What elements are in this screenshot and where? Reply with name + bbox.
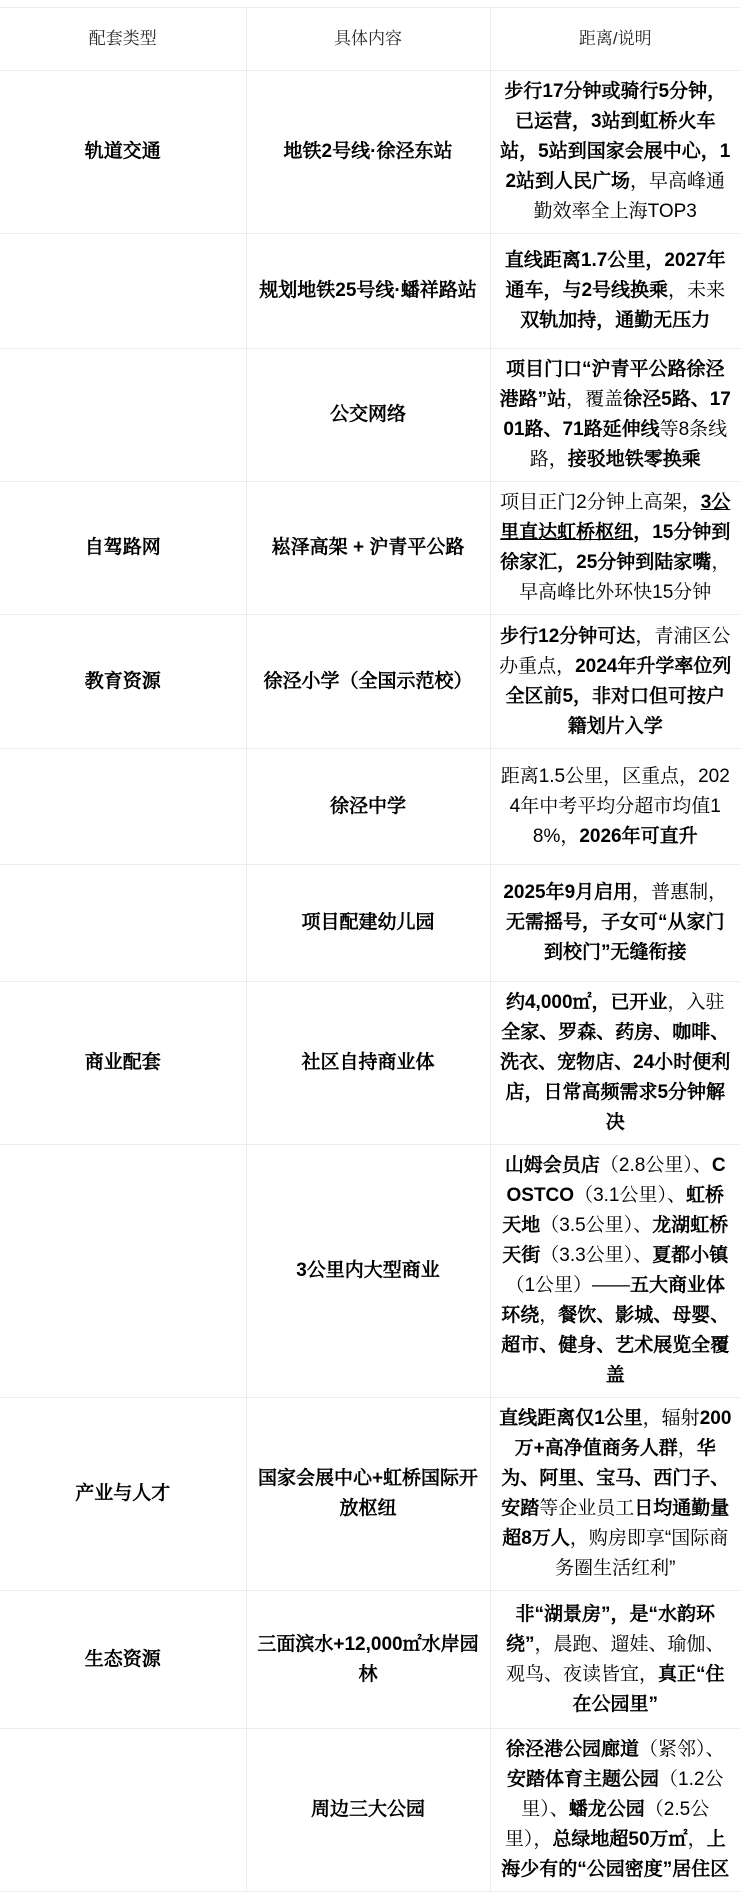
content-cell: 国家会展中心+虹桥国际开放枢纽 <box>246 1398 490 1591</box>
category-cell <box>0 1145 246 1398</box>
table-row: 3公里内大型商业 山姆会员店（2.8公里）、COSTCO（3.1公里）、虹桥天地… <box>0 1145 740 1398</box>
header-content: 具体内容 <box>246 8 490 71</box>
desc-cell: 项目门口“沪青平公路徐泾港路”站，覆盖徐泾5路、1701路、71路延伸线等8条线… <box>490 349 740 482</box>
desc-cell: 约4,000㎡，已开业，入驻全家、罗森、药房、咖啡、洗衣、宠物店、24小时便利店… <box>490 982 740 1145</box>
desc-cell: 徐泾港公园廊道（紧邻）、安踏体育主题公园（1.2公里）、蟠龙公园（2.5公里），… <box>490 1729 740 1892</box>
desc-cell: 距离1.5公里，区重点，2024年中考平均分超市均值18%，2026年可直升 <box>490 749 740 865</box>
category-cell <box>0 865 246 982</box>
table-row: 产业与人才 国家会展中心+虹桥国际开放枢纽 直线距离仅1公里，辐射200万+高净… <box>0 1398 740 1591</box>
table-row: 轨道交通 地铁2号线·徐泾东站 步行17分钟或骑行5分钟，已运营，3站到虹桥火车… <box>0 71 740 234</box>
category-cell <box>0 749 246 865</box>
table-row: 徐泾中学 距离1.5公里，区重点，2024年中考平均分超市均值18%，2026年… <box>0 749 740 865</box>
content-cell: 崧泽高架 + 沪青平公路 <box>246 482 490 615</box>
category-cell: 自驾路网 <box>0 482 246 615</box>
header-row: 配套类型 具体内容 距离/说明 <box>0 8 740 71</box>
table-body: 轨道交通 地铁2号线·徐泾东站 步行17分钟或骑行5分钟，已运营，3站到虹桥火车… <box>0 71 740 1892</box>
category-cell <box>0 349 246 482</box>
content-cell: 3公里内大型商业 <box>246 1145 490 1398</box>
content-cell: 周边三大公园 <box>246 1729 490 1892</box>
table-row: 自驾路网 崧泽高架 + 沪青平公路 项目正门2分钟上高架，3公里直达虹桥枢纽，1… <box>0 482 740 615</box>
table-row: 公交网络 项目门口“沪青平公路徐泾港路”站，覆盖徐泾5路、1701路、71路延伸… <box>0 349 740 482</box>
table-row: 项目配建幼儿园 2025年9月启用，普惠制，无需摇号，子女可“从家门到校门”无缝… <box>0 865 740 982</box>
desc-cell: 非“湖景房”，是“水韵环绕”，晨跑、遛娃、瑜伽、观鸟、夜读皆宜，真正“住在公园里… <box>490 1591 740 1729</box>
content-cell: 社区自持商业体 <box>246 982 490 1145</box>
desc-cell: 项目正门2分钟上高架，3公里直达虹桥枢纽，15分钟到徐家汇，25分钟到陆家嘴，早… <box>490 482 740 615</box>
amenities-table: 配套类型 具体内容 距离/说明 轨道交通 地铁2号线·徐泾东站 步行17分钟或骑… <box>0 7 740 1892</box>
content-cell: 公交网络 <box>246 349 490 482</box>
content-cell: 徐泾中学 <box>246 749 490 865</box>
table-row: 生态资源 三面滨水+12,000㎡水岸园林 非“湖景房”，是“水韵环绕”，晨跑、… <box>0 1591 740 1729</box>
content-cell: 地铁2号线·徐泾东站 <box>246 71 490 234</box>
desc-cell: 直线距离1.7公里，2027年通车，与2号线换乘，未来双轨加持，通勤无压力 <box>490 234 740 349</box>
content-cell: 徐泾小学（全国示范校） <box>246 615 490 749</box>
desc-cell: 2025年9月启用，普惠制，无需摇号，子女可“从家门到校门”无缝衔接 <box>490 865 740 982</box>
header-type: 配套类型 <box>0 8 246 71</box>
desc-cell: 步行12分钟可达，青浦区公办重点，2024年升学率位列全区前5，非对口但可按户籍… <box>490 615 740 749</box>
table-row: 规划地铁25号线·蟠祥路站 直线距离1.7公里，2027年通车，与2号线换乘，未… <box>0 234 740 349</box>
category-cell <box>0 1729 246 1892</box>
table-header: 配套类型 具体内容 距离/说明 <box>0 8 740 71</box>
category-cell: 轨道交通 <box>0 71 246 234</box>
category-cell: 生态资源 <box>0 1591 246 1729</box>
content-cell: 三面滨水+12,000㎡水岸园林 <box>246 1591 490 1729</box>
desc-cell: 步行17分钟或骑行5分钟，已运营，3站到虹桥火车站，5站到国家会展中心，12站到… <box>490 71 740 234</box>
category-cell: 教育资源 <box>0 615 246 749</box>
content-cell: 项目配建幼儿园 <box>246 865 490 982</box>
desc-cell: 直线距离仅1公里，辐射200万+高净值商务人群，华为、阿里、宝马、西门子、安踏等… <box>490 1398 740 1591</box>
article-body: 配套类型 具体内容 距离/说明 轨道交通 地铁2号线·徐泾东站 步行17分钟或骑… <box>0 0 740 1892</box>
category-cell: 产业与人才 <box>0 1398 246 1591</box>
table-row: 商业配套 社区自持商业体 约4,000㎡，已开业，入驻全家、罗森、药房、咖啡、洗… <box>0 982 740 1145</box>
table-row: 教育资源 徐泾小学（全国示范校） 步行12分钟可达，青浦区公办重点，2024年升… <box>0 615 740 749</box>
table-row: 周边三大公园 徐泾港公园廊道（紧邻）、安踏体育主题公园（1.2公里）、蟠龙公园（… <box>0 1729 740 1892</box>
content-cell: 规划地铁25号线·蟠祥路站 <box>246 234 490 349</box>
category-cell: 商业配套 <box>0 982 246 1145</box>
header-distance: 距离/说明 <box>490 8 740 71</box>
category-cell <box>0 234 246 349</box>
desc-cell: 山姆会员店（2.8公里）、COSTCO（3.1公里）、虹桥天地（3.5公里）、龙… <box>490 1145 740 1398</box>
